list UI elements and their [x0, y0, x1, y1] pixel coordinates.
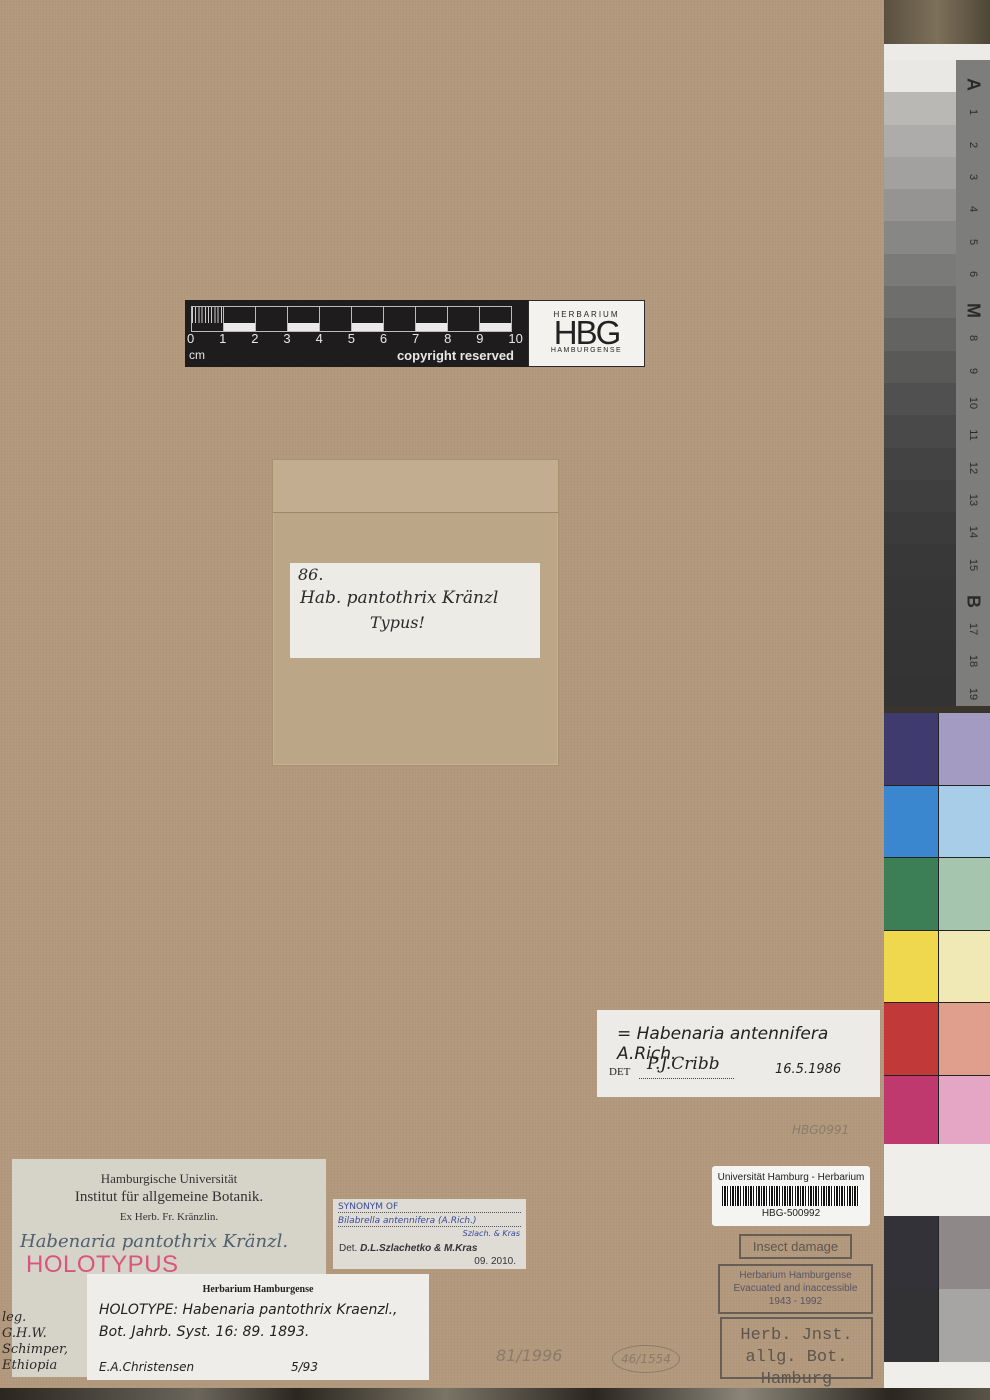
envelope-number: 86. [298, 565, 323, 584]
card-white-patch [884, 1144, 990, 1216]
color-patch [938, 1289, 990, 1362]
scale-cells [191, 306, 512, 332]
collector-note: leg. G.H.W. Schimper, Ethiopia [2, 1310, 62, 1374]
scale-number: 4 [316, 331, 323, 346]
ruler-mark: 8 [967, 321, 979, 355]
patch-row [884, 1289, 990, 1362]
scale-number: 6 [380, 331, 387, 346]
synonym-date: 09. 2010. [474, 1256, 516, 1267]
collector-line: Ethiopia [2, 1358, 62, 1374]
ruler-mark: 11 [967, 418, 979, 452]
gray-step [884, 189, 956, 221]
scale-cell [287, 306, 319, 332]
gray-step [884, 383, 956, 415]
insect-damage-stamp: Insect damage [739, 1234, 852, 1259]
gray-step [884, 512, 956, 544]
collector-line: Schimper, [2, 1342, 62, 1358]
gray-step [884, 415, 956, 447]
color-calibration-card: A123456M89101112131415B171819 [884, 0, 990, 1388]
ruler-mark: 9 [967, 354, 979, 388]
gray-step [884, 125, 956, 157]
ruler-mark: 15 [967, 548, 979, 582]
pencil-accession: 81/1996 [496, 1346, 562, 1365]
ruler-mark: 1 [967, 95, 979, 129]
barcode-label: Universität Hamburg - Herbarium HBG-5009… [712, 1166, 870, 1226]
patch-row [884, 1216, 990, 1289]
scale-number: 5 [348, 331, 355, 346]
synonym-name: Bilabrella antennifera (A.Rich.) [338, 1216, 521, 1227]
gray-step [884, 157, 956, 189]
patch-row [884, 1003, 990, 1076]
det-prefix: DET [609, 1066, 630, 1078]
ruler-mark: 14 [967, 515, 979, 549]
color-patch [884, 1289, 938, 1362]
patch-row [884, 858, 990, 931]
det-names: D.L.Szlachetko & M.Kras [360, 1243, 477, 1254]
det-prefix: Det. [339, 1243, 357, 1254]
scale-number: 2 [251, 331, 258, 346]
pencil-circled-number: 46/1554 [612, 1345, 680, 1373]
gray-step [884, 92, 956, 124]
gray-step [884, 448, 956, 480]
ruler-mark: 10 [967, 386, 979, 420]
color-patch [938, 931, 990, 1003]
gray-step [884, 577, 956, 609]
envelope-label: 86. Hab. pantothrix Kränzl Typus! [290, 563, 540, 658]
gray-step [884, 641, 956, 673]
stamp-line: Evacuated and inaccessible [720, 1282, 871, 1295]
stamp-line: Herbarium Hamburgense [720, 1269, 871, 1282]
scale-cell [191, 306, 223, 332]
ruler-mark: 5 [967, 225, 979, 259]
envelope-note: Typus! [370, 613, 425, 632]
color-patch [938, 1216, 990, 1289]
color-patch [884, 713, 938, 785]
scale-cell [255, 306, 287, 332]
gray-step [884, 60, 956, 92]
scale-cell [223, 306, 255, 332]
institute-stamp: Herb. Jnst. allg. Bot. Hamburg [720, 1317, 873, 1379]
color-patch [884, 1216, 938, 1289]
gray-step [884, 674, 956, 706]
gray-step [884, 351, 956, 383]
gray-step [884, 318, 956, 350]
patch-row [884, 786, 990, 859]
scale-number: 3 [283, 331, 290, 346]
scale-number: 8 [444, 331, 451, 346]
gray-step [884, 609, 956, 641]
ruler-mark: 6 [967, 257, 979, 291]
logo-bottom-text: HAMBURGENSE [529, 347, 644, 354]
evacuated-stamp: Herbarium Hamburgense Evacuated and inac… [718, 1264, 873, 1314]
scale-copyright: copyright reserved [397, 348, 514, 363]
card-white-strip [884, 44, 990, 60]
dark-patches [884, 1216, 990, 1362]
ruler-mark: 13 [967, 483, 979, 517]
gray-step [884, 221, 956, 253]
scale-cell [447, 306, 479, 332]
color-patch [884, 858, 938, 930]
card-ruler: A123456M89101112131415B171819 [956, 60, 990, 706]
hbg-logo: HERBARIUM HBG HAMBURGENSE [528, 300, 645, 367]
scale-number: 9 [476, 331, 483, 346]
holotype-author: E.A.Christensen [99, 1360, 194, 1374]
scale-ruler: 0 1 2 3 4 5 6 7 8 9 10 cm copyright rese… [185, 300, 528, 367]
holotype-citation: Bot. Jahrb. Syst. 16: 89. 1893. [99, 1324, 309, 1340]
scale-cell [319, 306, 351, 332]
synonym-label: SYNONYM OF Bilabrella antennifera (A.Ric… [333, 1199, 526, 1269]
card-white-bottom [884, 1362, 990, 1388]
scale-cell [351, 306, 383, 332]
institute-name: Institut für allgemeine Botanik. [12, 1189, 326, 1206]
patch-row [884, 1076, 990, 1149]
ruler-mark: 4 [967, 192, 979, 226]
color-patch [884, 1003, 938, 1075]
ruler-mark: 12 [967, 451, 979, 485]
holotype-date: 5/93 [291, 1360, 318, 1374]
gray-step [884, 544, 956, 576]
university-name: Hamburgische Universität [12, 1171, 326, 1187]
scale-cell [415, 306, 447, 332]
scale-number: 0 [187, 331, 194, 346]
determination-label: = Habenaria antennifera A.Rich. DET P.J.… [597, 1010, 880, 1097]
scale-number: 10 [508, 331, 522, 346]
ruler-mark: 2 [967, 128, 979, 162]
det-signature: P.J.Cribb [647, 1054, 720, 1074]
color-patch [938, 1076, 990, 1148]
card-shadow [884, 0, 990, 44]
collector-line: leg. G.H.W. [2, 1310, 62, 1342]
patch-row [884, 931, 990, 1004]
synonym-det: Det. D.L.Szlachetko & M.Kras [339, 1243, 477, 1254]
ruler-mark: 19 [967, 677, 979, 711]
envelope-flap[interactable] [273, 460, 558, 513]
stamp-line: Herb. Jnst. allg. Bot. [722, 1325, 871, 1369]
scale-cell [479, 306, 512, 332]
scale-numbers: 0 1 2 3 4 5 6 7 8 9 10 [187, 331, 523, 346]
stamp-line: 1943 - 1992 [720, 1295, 871, 1308]
scale-number: 7 [412, 331, 419, 346]
scale-bar: 0 1 2 3 4 5 6 7 8 9 10 cm copyright rese… [185, 300, 645, 367]
envelope-species: Hab. pantothrix Kränzl [300, 588, 498, 608]
color-patches [884, 713, 990, 1148]
scale-cell [383, 306, 415, 332]
color-patch [884, 931, 938, 1003]
ruler-mark: 17 [967, 612, 979, 646]
ruler-mark: 3 [967, 160, 979, 194]
holotype-header: Herbarium Hamburgense [87, 1284, 429, 1295]
holotype-label: Herbarium Hamburgense HOLOTYPE: Habenari… [87, 1274, 429, 1380]
color-patch [884, 786, 938, 858]
color-patch [938, 713, 990, 785]
barcode-title: Universität Hamburg - Herbarium [712, 1172, 870, 1183]
gray-step [884, 254, 956, 286]
gray-scale-steps [884, 60, 956, 706]
barcode-icon [722, 1186, 860, 1206]
synonym-authority: Szlach. & Kras [463, 1229, 520, 1238]
scale-number: 1 [219, 331, 226, 346]
gray-step [884, 286, 956, 318]
stamp-line: Hamburg [722, 1369, 871, 1391]
scale-unit: cm [189, 348, 205, 362]
pencil-note: HBG0991 [792, 1123, 849, 1137]
color-patch [938, 858, 990, 930]
holotype-line: HOLOTYPE: Habenaria pantothrix Kraenzl., [99, 1302, 398, 1318]
det-date: 16.5.1986 [775, 1062, 841, 1077]
color-patch [938, 1003, 990, 1075]
handwritten-species: Habenaria pantothrix Kränzl. [20, 1231, 288, 1252]
synonym-heading: SYNONYM OF [338, 1202, 521, 1213]
patch-row [884, 713, 990, 786]
color-patch [884, 1076, 938, 1148]
barcode-number: HBG-500992 [712, 1208, 870, 1219]
herbarium-source: Ex Herb. Fr. Kränzlin. [12, 1211, 326, 1223]
ruler-mark: 18 [967, 644, 979, 678]
gray-step [884, 480, 956, 512]
color-patch [938, 786, 990, 858]
logo-mark: HBG [529, 319, 644, 347]
